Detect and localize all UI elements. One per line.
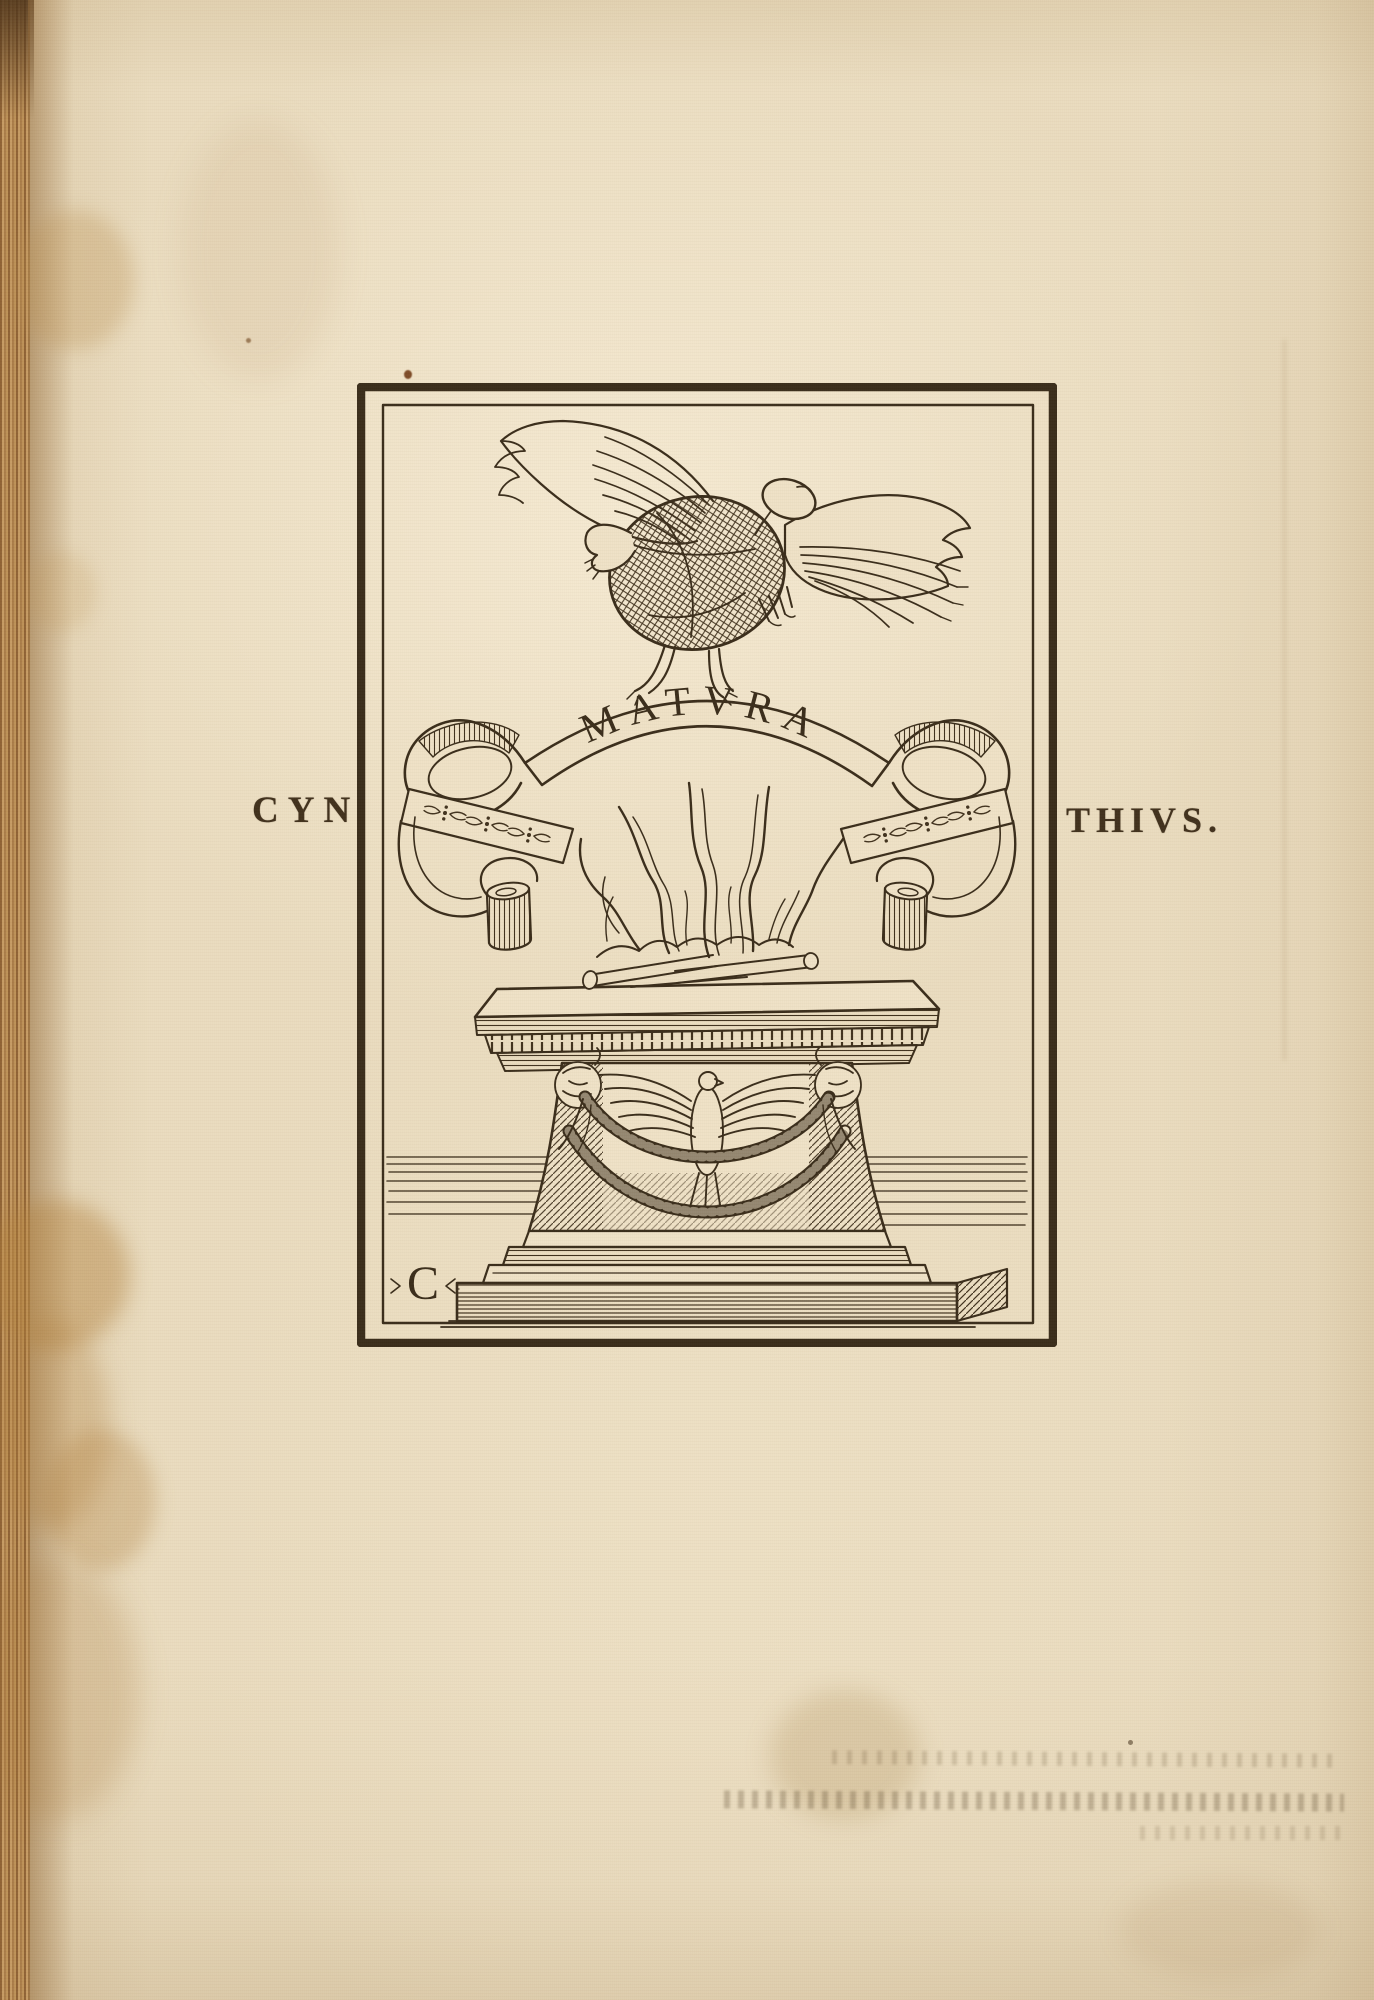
motto-text: MATVRA: [573, 676, 832, 751]
woodcut-printers-device: MATVRA: [357, 383, 1057, 1347]
margin-word-left: CYN: [252, 789, 359, 832]
altar-fire: [580, 783, 847, 990]
paper-crease: [1283, 340, 1286, 1060]
book-fore-edge-fade: [28, 0, 74, 2000]
svg-text:C: C: [407, 1257, 439, 1310]
altar: [441, 981, 1007, 1327]
margin-word-right: THIVS.: [1066, 799, 1223, 841]
tortoise: [585, 473, 821, 705]
eagle-right-wing: [785, 495, 970, 627]
book-fore-edge: [0, 0, 30, 2000]
photograph-of-book-page: CYN THIVS.: [0, 0, 1374, 2000]
motto-banner: MATVRA: [399, 676, 1015, 949]
compartment-initial: C: [391, 1257, 455, 1310]
eagle-and-tortoise: [495, 421, 970, 705]
